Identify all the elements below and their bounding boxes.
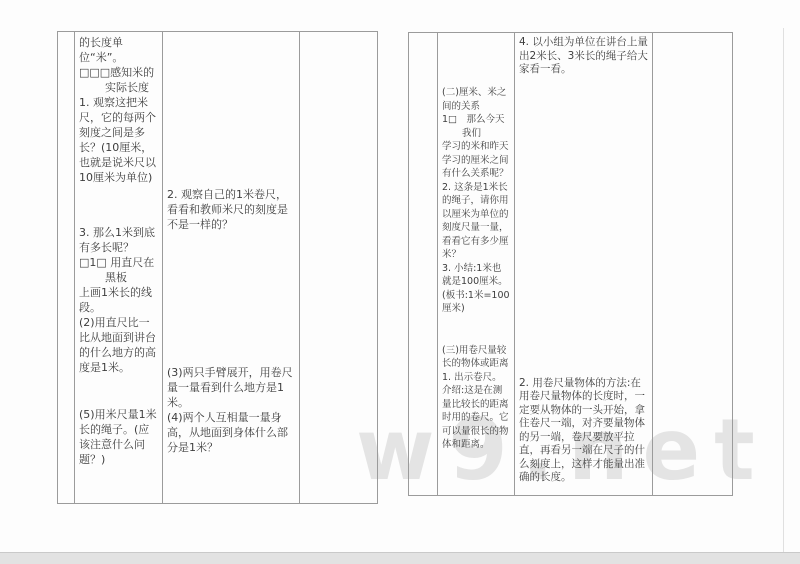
step-relation-question-cont: 我们 [442, 127, 510, 141]
substep-compare-height: (2)用直尺比一比从地面到讲台的什么地方的高度是1米。 [79, 315, 158, 375]
step-tape-measure-method: 2. 用卷尺量物体的方法:在用卷尺量物体的长度时，一定要从物体的一头开始，拿住卷… [519, 377, 648, 485]
step-relation-question-body: 学习的米和昨天学习的厘米之间有什么关系呢？ [442, 140, 510, 181]
lesson-table-right: (二)厘米、米之间的关系 1□ 那么今天 我们 学习的米和昨天学习的厘米之间有什… [408, 32, 733, 496]
left-table-empty-column [58, 32, 75, 503]
right-table-notes-column [653, 33, 732, 495]
substep-arm-span: (3)两只手臂展开，用卷尺量一量看到什么地方是1米。 [167, 365, 295, 410]
step-summary-100cm: 3. 小结:1米也就是100厘米。(板书:1米=100厘米) [442, 262, 510, 316]
left-table-steps-column: 的长度单位“米”。 □□□感知米的 实际长度 1. 观察这把米尺，它的每两个刻度… [75, 32, 163, 503]
heading-cm-m-relation: (二)厘米、米之间的关系 [442, 86, 510, 113]
lesson-table-left: 的长度单位“米”。 □□□感知米的 实际长度 1. 观察这把米尺，它的每两个刻度… [57, 31, 378, 504]
left-table-activities-column: 2. 观察自己的1米卷尺，看看和教师米尺的刻度是不是一样的？ (3)两只手臂展开… [163, 32, 300, 503]
substep-measure-body-height: (4)两个人互相量一量身高，从地面到身体什么部分是1米？ [167, 410, 295, 455]
step-group-measure-ropes: 4. 以小组为单位在讲台上量出2米长、3米长的绳子给大家看一看。 [519, 36, 648, 77]
step-introduce-tape-measure: 1. 出示卷尺。介绍:这是在测量比较长的距离时用的卷尺。它可以量很长的物体和距离… [442, 371, 510, 452]
step-compare-tape-ruler: 2. 观察自己的1米卷尺，看看和教师米尺的刻度是不是一样的？ [167, 187, 295, 232]
step-relation-question: 1□ 那么今天 [442, 113, 510, 127]
left-table-notes-column [300, 32, 377, 503]
right-table-steps-column: (二)厘米、米之间的关系 1□ 那么今天 我们 学习的米和昨天学习的厘米之间有什… [438, 33, 515, 495]
viewer-background-strip [0, 552, 800, 564]
text-unit-meter: 的长度单位“米”。 [79, 35, 158, 65]
substep-draw-on-blackboard: □1□ 用直尺在 [79, 255, 158, 270]
step-measure-rope-in-cm: 2. 这条是1米长的绳子，请你用以厘米为单位的刻度尺量一量，看看它有多少厘米？ [442, 181, 510, 262]
substep-draw-line-segment: 上画1米长的线段。 [79, 285, 158, 315]
substep-draw-on-blackboard-cont: 黑板 [79, 270, 158, 285]
substep-measure-rope: (5)用米尺量1米长的绳子。(应该注意什么问题？) [79, 407, 158, 467]
step-observe-meter-ruler: 1. 观察这把米尺，它的每两个刻度之间是多长？(10厘米，也就是说米尺以10厘米… [79, 95, 158, 185]
heading-perceive-meter-cont: 实际长度 [79, 80, 158, 95]
right-table-activities-column: 4. 以小组为单位在讲台上量出2米长、3米长的绳子给大家看一看。 2. 用卷尺量… [515, 33, 653, 495]
document-canvas: w9.net 的长度单位“米”。 □□□感知米的 实际长度 1. 观察这把米尺，… [0, 0, 800, 564]
step-how-long-is-meter: 3. 那么1米到底有多长呢？ [79, 225, 158, 255]
page-right-edge-line [783, 28, 784, 552]
right-table-empty-column [409, 33, 438, 495]
heading-tape-measure: (三)用卷尺量较长的物体或距离 [442, 344, 510, 371]
heading-perceive-meter: □□□感知米的 [79, 65, 158, 80]
